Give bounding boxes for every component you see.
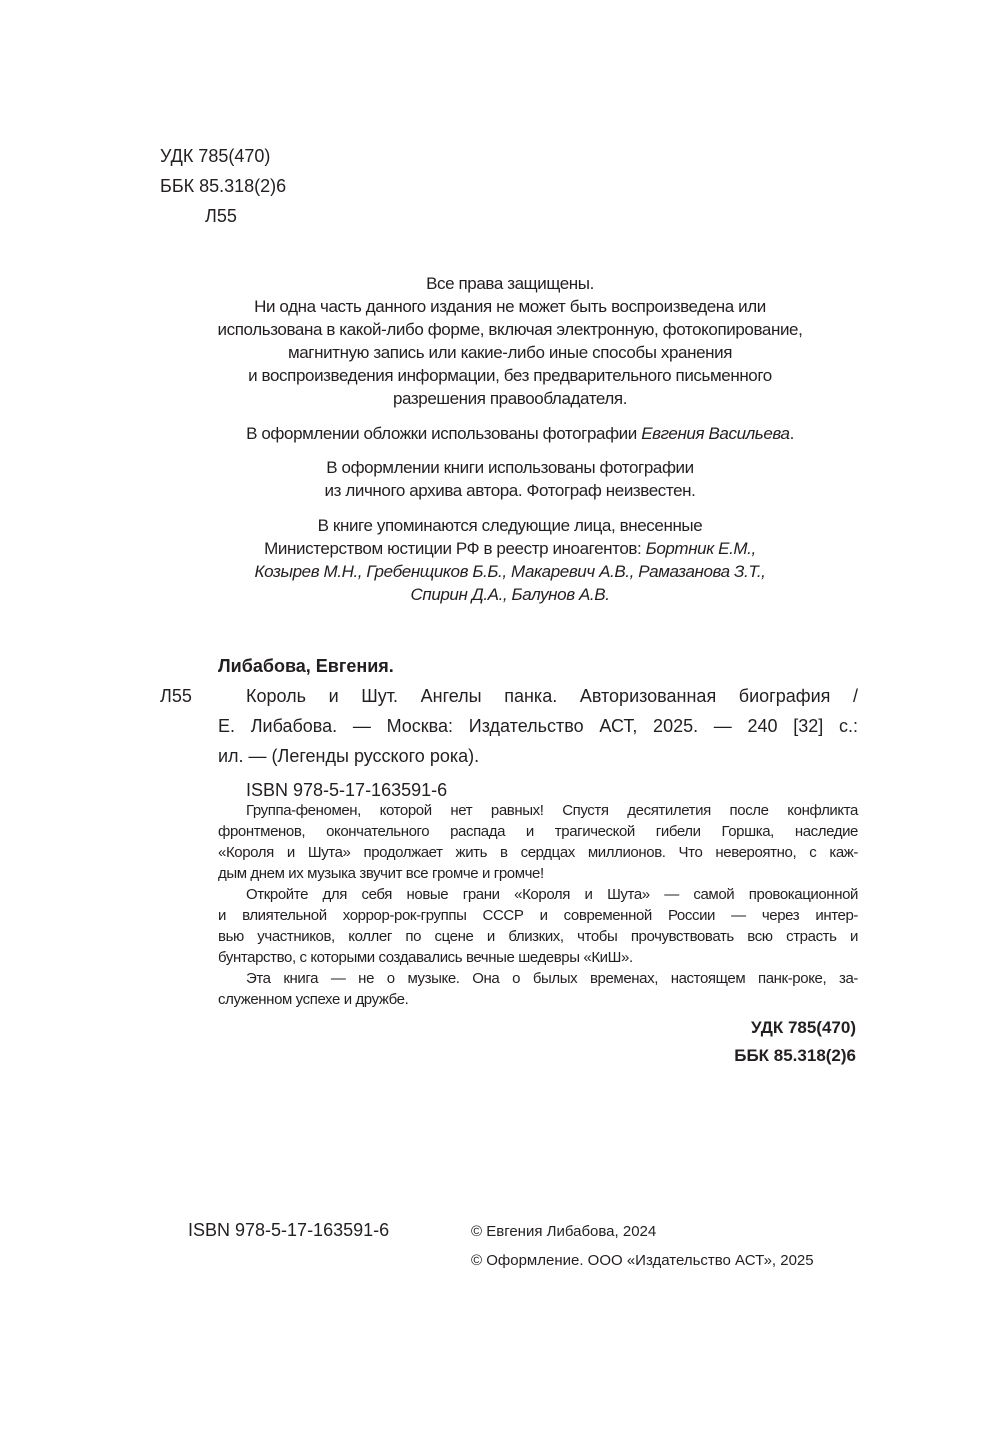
annotation-line: служенном успехе и дружбе. <box>218 989 858 1010</box>
foreign-agents-names: Бортник Е.М., <box>646 539 756 558</box>
rights-line: использована в какой-либо форме, включая… <box>150 318 870 341</box>
annotation-line: и влиятельной хоррор-рок-группы СССР и с… <box>218 905 858 926</box>
bbk-code-top: ББК 85.318(2)6 <box>160 172 286 201</box>
cover-photo-credit: В оформлении обложки использованы фотогр… <box>160 422 880 445</box>
annotation-line: Группа-феномен, которой нет равных! Спус… <box>218 800 858 821</box>
catalog-author-heading: Либабова, Евгения. <box>218 652 394 681</box>
annotation-line: Эта книга — не о музыке. Она о былых вре… <box>218 968 858 989</box>
udk-code-top: УДК 785(470) <box>160 142 270 171</box>
catalog-publisher-line: Е. Либабова. — Москва: Издательство АСТ,… <box>218 712 858 741</box>
annotation-line: бунтарство, с которыми создавались вечны… <box>218 947 858 968</box>
rights-line: разрешения правообладателя. <box>150 387 870 410</box>
book-photo-line: из личного архива автора. Фотограф неизв… <box>150 479 870 502</box>
rights-notice: Все права защищены. Ни одна часть данног… <box>150 272 870 410</box>
foreign-agents-notice: В книге упоминаются следующие лица, внес… <box>150 514 870 606</box>
bbk-code-bottom: ББК 85.318(2)6 <box>734 1044 856 1067</box>
catalog-author-mark: Л55 <box>160 682 192 711</box>
author-mark-top: Л55 <box>205 202 237 231</box>
rights-line: Все права защищены. <box>150 272 870 295</box>
book-photo-line: В оформлении книги использованы фотограф… <box>150 456 870 479</box>
annotation-line: дым днем их музыка звучит все громче и г… <box>218 863 858 884</box>
foreign-agents-names: Козырев М.Н., Гребенщиков Б.Б., Макареви… <box>254 562 765 581</box>
foreign-agents-line: В книге упоминаются следующие лица, внес… <box>150 514 870 537</box>
rights-line: и воспроизведения информации, без предва… <box>150 364 870 387</box>
footer-isbn: ISBN 978-5-17-163591-6 <box>188 1216 389 1245</box>
annotation-line: вью участников, коллег по сцене и близки… <box>218 926 858 947</box>
catalog-series-line: ил. — (Легенды русского рока). <box>218 742 479 771</box>
rights-line: магнитную запись или какие-либо иные спо… <box>150 341 870 364</box>
annotation-line: «Короля и Шута» продолжает жить в сердца… <box>218 842 858 863</box>
rights-line: Ни одна часть данного издания не может б… <box>150 295 870 318</box>
foreign-agents-names: Спирин Д.А., Балунов А.В. <box>410 585 609 604</box>
catalog-title-line: Король и Шут. Ангелы панка. Авторизованн… <box>218 682 858 711</box>
udk-code-bottom: УДК 785(470) <box>751 1016 856 1039</box>
copyright-design: © Оформление. ООО «Издательство АСТ», 20… <box>471 1250 814 1271</box>
book-photo-credit: В оформлении книги использованы фотограф… <box>150 456 870 502</box>
annotation: Группа-феномен, которой нет равных! Спус… <box>218 800 858 1010</box>
cover-photo-text: В оформлении обложки использованы фотогр… <box>246 424 641 443</box>
annotation-line: фронтменов, окончательного распада и тра… <box>218 821 858 842</box>
copyright-author: © Евгения Либабова, 2024 <box>471 1221 656 1242</box>
cover-photographer: Евгения Васильева <box>641 424 789 443</box>
annotation-line: Откройте для себя новые грани «Короля и … <box>218 884 858 905</box>
